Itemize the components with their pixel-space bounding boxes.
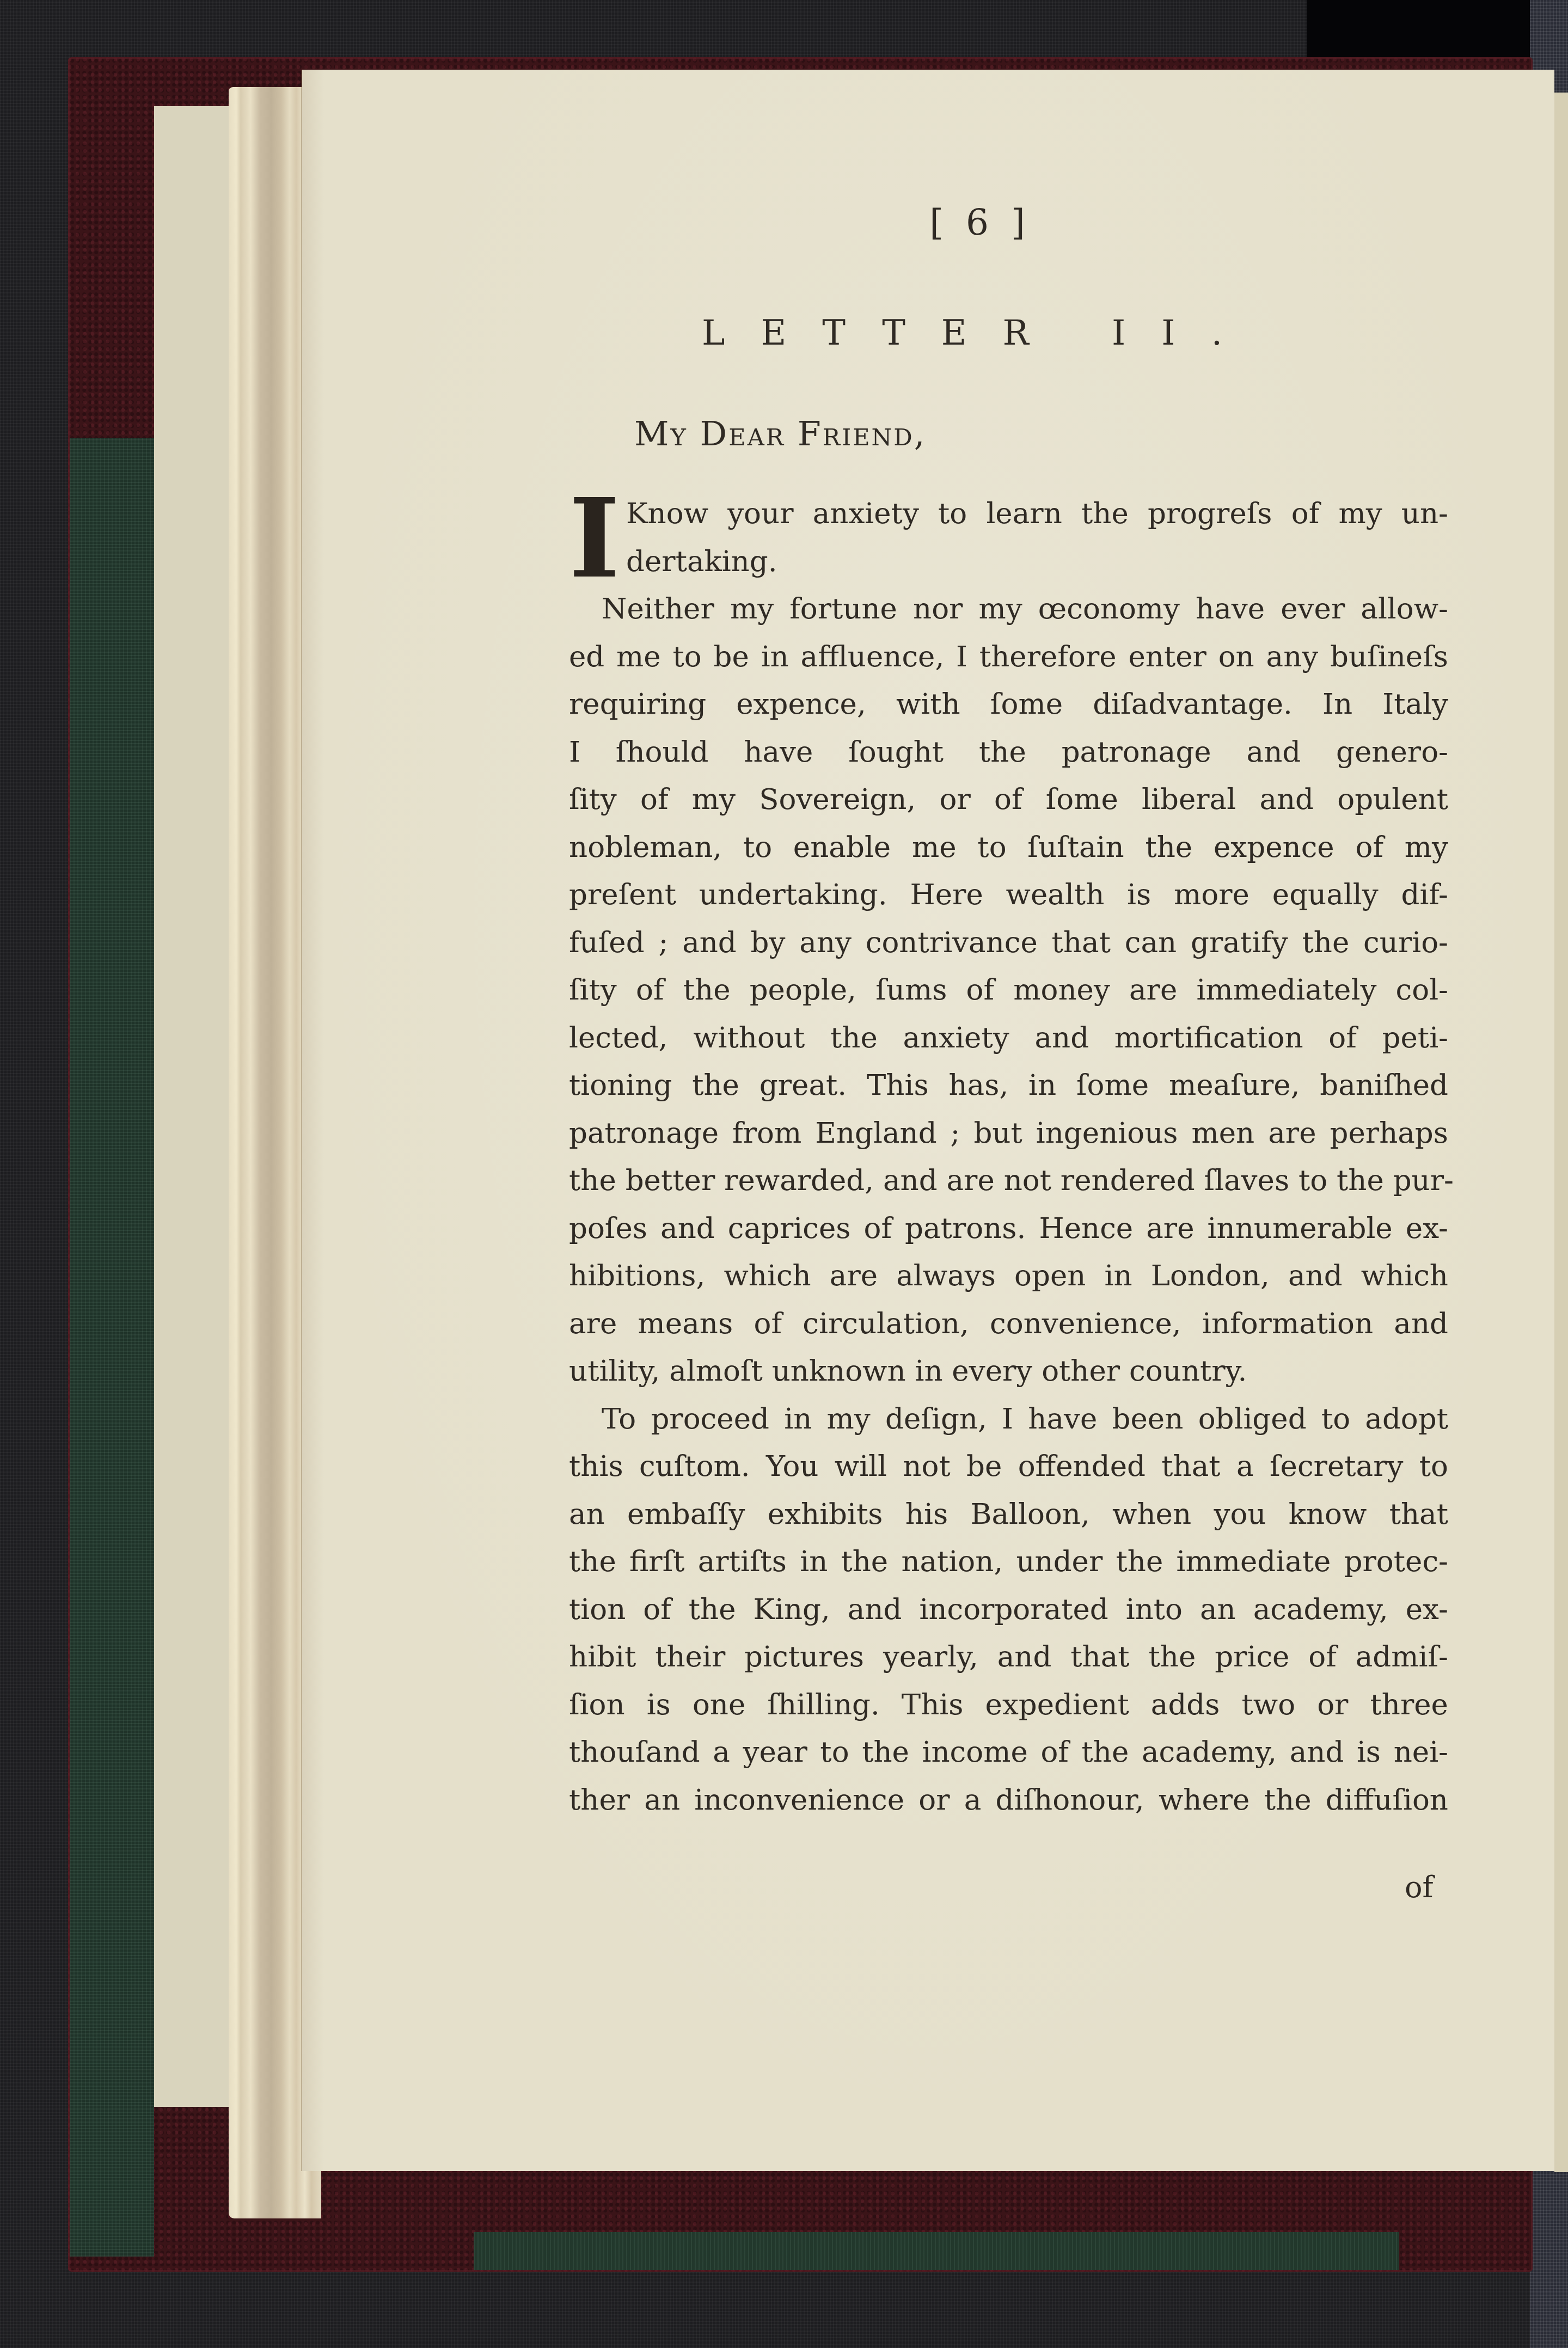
text-line: Neither my fortune nor my œconomy have e…: [569, 585, 1448, 633]
next-page-edge: [1554, 93, 1568, 2172]
text-line: I ſhould have ſought the patronage and g…: [569, 728, 1448, 776]
text-line: tioning the great. This has, in ſome mea…: [569, 1062, 1448, 1109]
green-spine-cloth-bottom: [474, 2232, 1399, 2270]
text-line: ſity of my Sovereign, or of ſome liberal…: [569, 776, 1448, 824]
text-line: preſent undertaking. Here wealth is more…: [569, 871, 1448, 919]
text-line: ed me to be in affluence, I therefore en…: [569, 633, 1448, 681]
text-line: ſion is one ſhilling. This expedient add…: [569, 1681, 1448, 1729]
green-spine-cloth: [70, 438, 154, 2257]
text-line: utility, almoſt unknown in every other c…: [569, 1347, 1448, 1395]
text-line: nobleman, to enable me to ſuſtain the ex…: [569, 824, 1448, 872]
text-line: lected, without the anxiety and mortific…: [569, 1014, 1448, 1062]
letter-heading: LETTER II.: [599, 313, 1361, 353]
text-line: thouſand a year to the income of the aca…: [569, 1728, 1448, 1776]
catchword: of: [1405, 1870, 1434, 1904]
salutation: My Dear Friend,: [634, 414, 926, 453]
text-line: ſity of the people, ſums of money are im…: [569, 966, 1448, 1014]
text-line: tion of the King, and incorporated into …: [569, 1586, 1448, 1634]
text-line: are means of circulation, convenience, i…: [569, 1300, 1448, 1348]
text-line: poſes and caprices of patrons. Hence are…: [569, 1205, 1448, 1253]
page-number: [ 6 ]: [817, 201, 1143, 243]
text-line: the better rewarded, and are not rendere…: [569, 1157, 1448, 1205]
text-line: ther an inconvenience or a diſhonour, wh…: [569, 1776, 1448, 1824]
text-line: dertaking.: [569, 538, 1448, 586]
text-line: requiring expence, with ſome diſadvantag…: [569, 681, 1448, 728]
text-line: hibit their pictures yearly, and that th…: [569, 1633, 1448, 1681]
text-line: an embaſſy exhibits his Balloon, when yo…: [569, 1491, 1448, 1538]
text-line: patronage from England ; but ingenious m…: [569, 1109, 1448, 1157]
text-line: Know your anxiety to learn the progreſs …: [569, 490, 1448, 538]
text-line: the firſt artiſts in the nation, under t…: [569, 1538, 1448, 1586]
text-line: fuſed ; and by any contrivance that can …: [569, 919, 1448, 967]
text-line: this cuſtom. You will not be offended th…: [569, 1443, 1448, 1491]
text-line: To proceed in my deſign, I have been obl…: [569, 1395, 1448, 1443]
text-line: hibitions, which are always open in Lond…: [569, 1252, 1448, 1300]
body-text: Know your anxiety to learn the progreſs …: [569, 490, 1448, 1824]
